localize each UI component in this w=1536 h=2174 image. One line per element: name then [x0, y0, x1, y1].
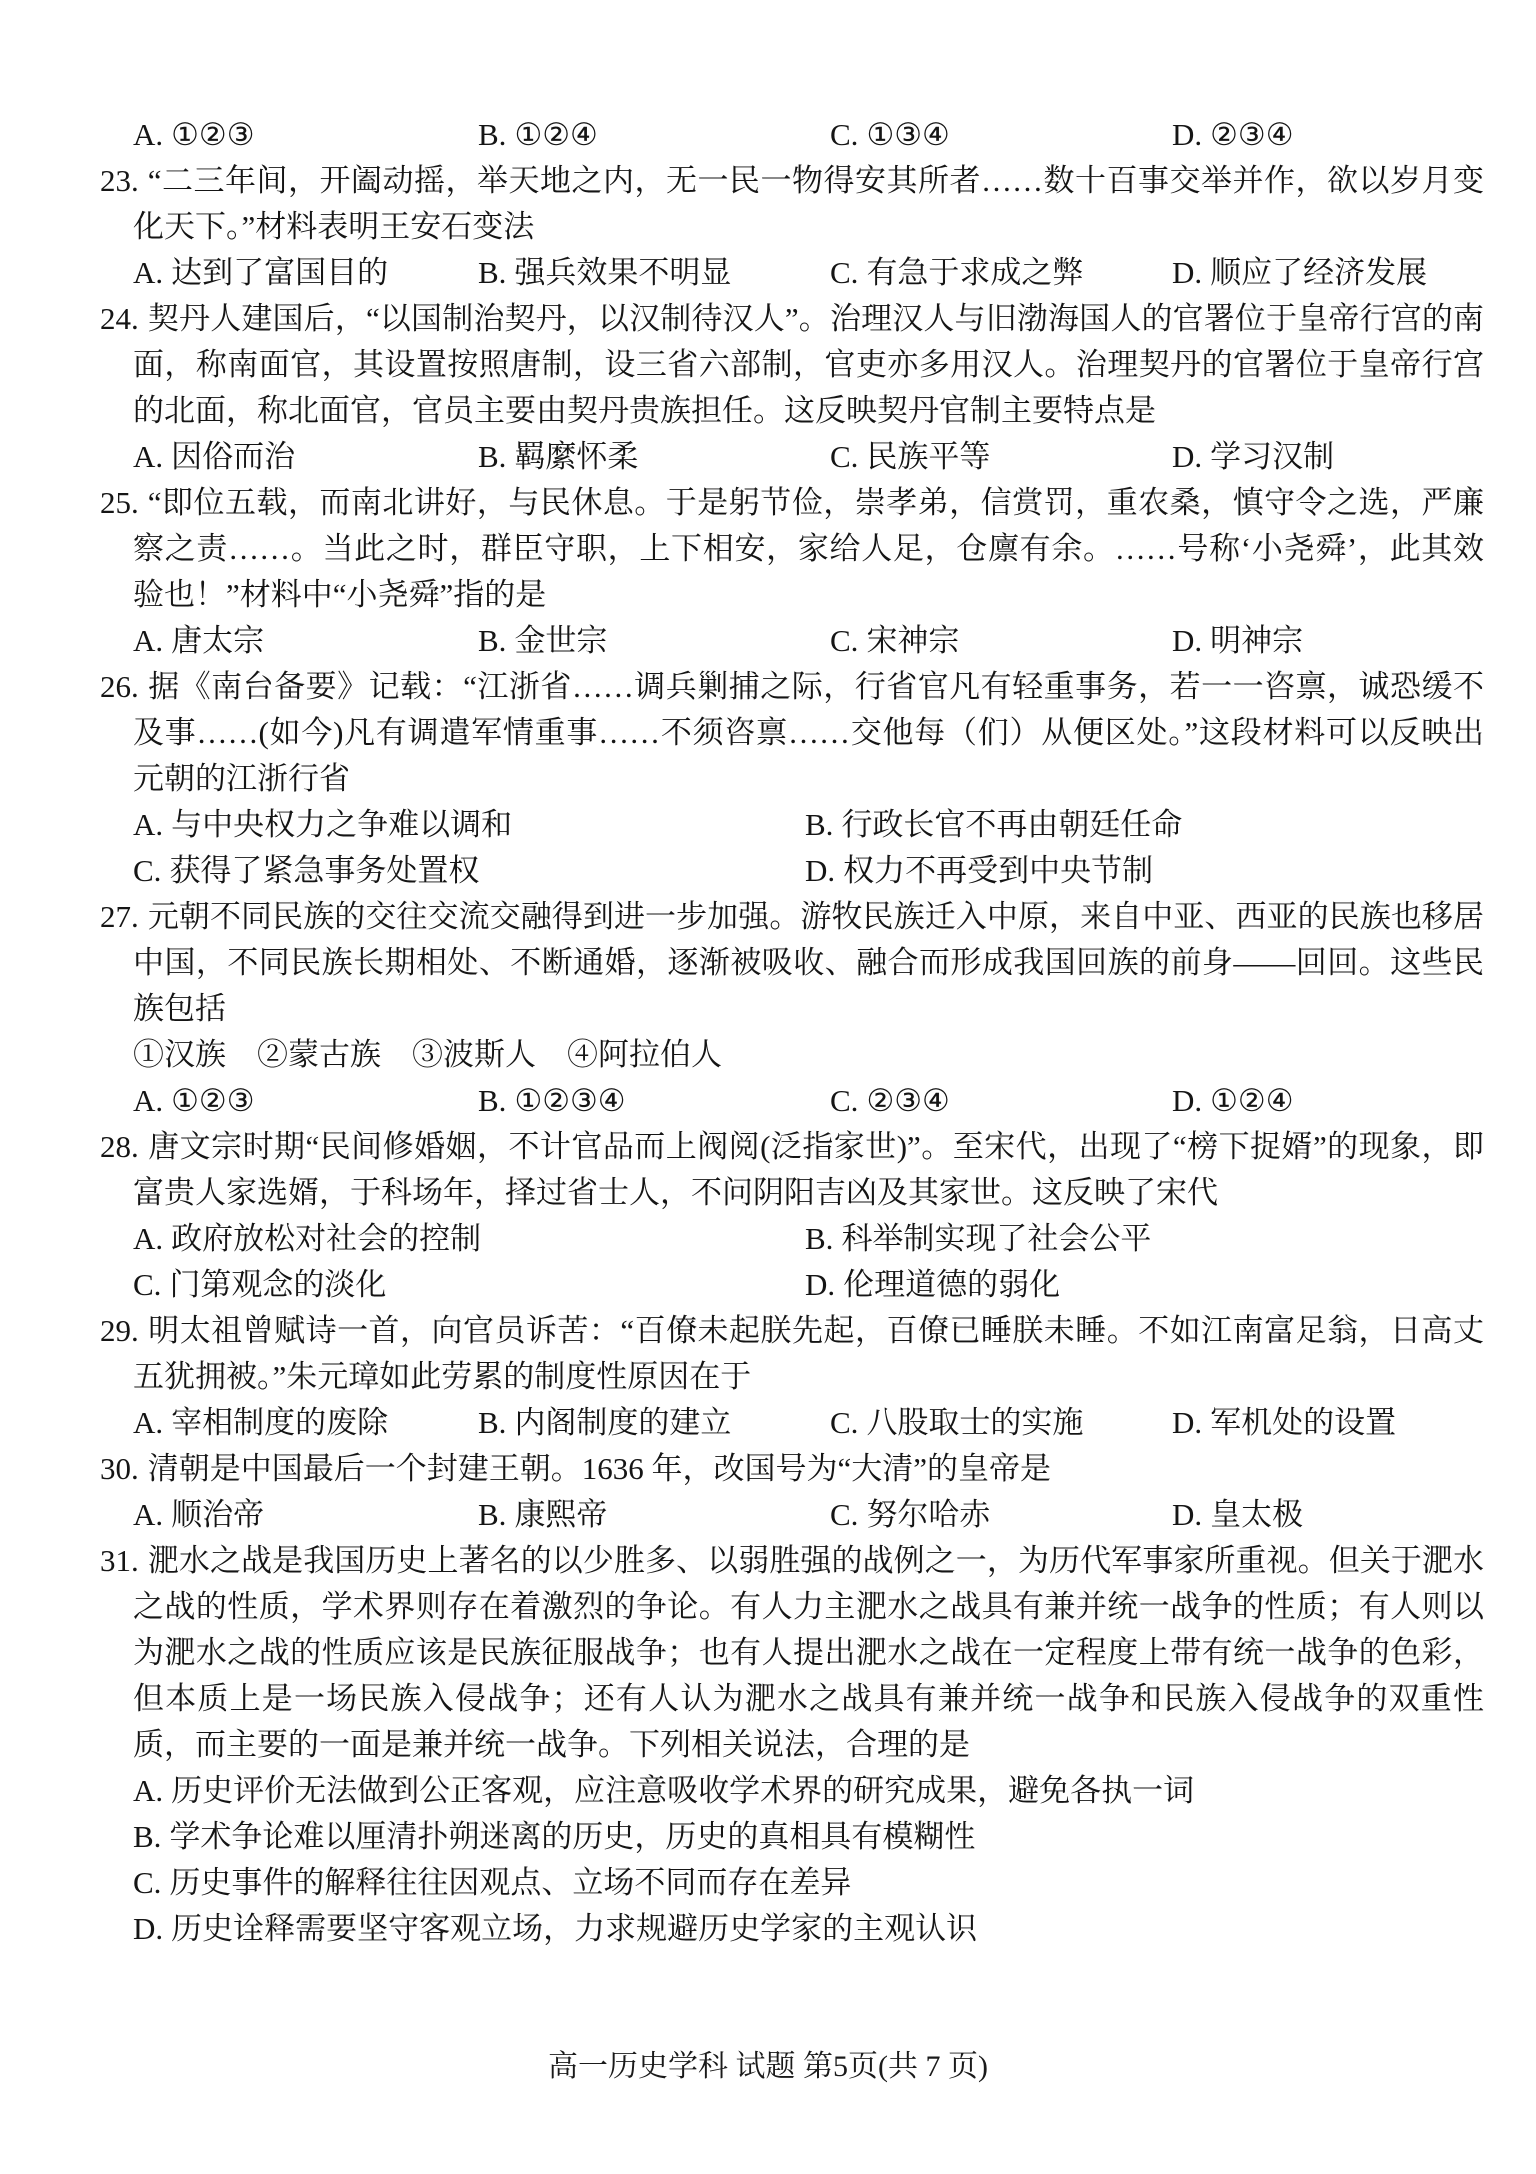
option-label: C.: [133, 1865, 161, 1900]
option-text: 内阁制度的建立: [514, 1405, 731, 1440]
option-label: A.: [133, 439, 163, 474]
option-text: 伦理道德的弱化: [843, 1267, 1060, 1302]
question-number: 27.: [100, 899, 139, 934]
question-24-option-d: D.学习汉制: [1172, 434, 1484, 480]
option-label: D.: [1172, 439, 1202, 474]
option-label: A.: [133, 1405, 163, 1440]
option-label: A.: [133, 1083, 163, 1118]
option-label: D.: [1172, 255, 1202, 290]
question-25-option-c: C.宋神宗: [830, 618, 1172, 664]
question-27-option-c: C.②③④: [830, 1078, 1172, 1124]
question-22-option-d: D.②③④: [1172, 112, 1484, 158]
option-label: C.: [133, 1267, 161, 1302]
option-text: 康熙帝: [514, 1497, 607, 1532]
question-text: 淝水之战是我国历史上著名的以少胜多、以弱胜强的战例之一，为历代军事家所重视。但关…: [133, 1543, 1484, 1762]
question-22-options-row: A.①②③ B.①②④ C.①③④ D.②③④: [100, 112, 1484, 158]
option-text: ①②④: [1210, 1083, 1293, 1118]
question-31-option-c: C.历史事件的解释往往因观点、立场不同而存在差异: [100, 1860, 1484, 1906]
option-text: 历史事件的解释往往因观点、立场不同而存在差异: [169, 1865, 851, 1900]
option-label: B.: [805, 1221, 833, 1256]
question-24-stem: 24.契丹人建国后，“以国制治契丹，以汉制待汉人”。治理汉人与旧渤海国人的官署位…: [100, 296, 1484, 434]
question-25-option-d: D.明神宗: [1172, 618, 1484, 664]
option-label: D.: [1172, 1405, 1202, 1440]
option-text: 民族平等: [866, 439, 990, 474]
option-text: 强兵效果不明显: [514, 255, 731, 290]
question-27-options-row: A.①②③ B.①②③④ C.②③④ D.①②④: [100, 1078, 1484, 1124]
option-label: A.: [133, 623, 163, 658]
question-28-option-b: B.科举制实现了社会公平: [805, 1216, 1484, 1262]
question-28-stem: 28.唐文宗时期“民间修婚姻，不计官品而上阀阅(泛指家世)”。至宋代，出现了“榜…: [100, 1124, 1484, 1216]
option-text: 军机处的设置: [1210, 1405, 1396, 1440]
option-label: A.: [133, 1497, 163, 1532]
question-31-option-b: B.学术争论难以厘清扑朔迷离的历史，历史的真相具有模糊性: [100, 1814, 1484, 1860]
question-30-options-row: A.顺治帝 B.康熙帝 C.努尔哈赤 D.皇太极: [100, 1492, 1484, 1538]
option-label: C.: [830, 1083, 858, 1118]
option-text: 行政长官不再由朝廷任命: [841, 807, 1182, 842]
question-26: 26.据《南台备要》记载：“江浙省……调兵剿捕之际，行省官凡有轻重事务，若一一咨…: [100, 664, 1484, 894]
option-text: 科举制实现了社会公平: [841, 1221, 1151, 1256]
question-29-option-a: A.宰相制度的废除: [133, 1400, 478, 1446]
question-28-options-grid: A.政府放松对社会的控制 B.科举制实现了社会公平 C.门第观念的淡化 D.伦理…: [100, 1216, 1484, 1308]
option-label: C.: [830, 255, 858, 290]
question-29: 29.明太祖曾赋诗一首，向官员诉苦：“百僚未起朕先起，百僚已睡朕未睡。不如江南富…: [100, 1308, 1484, 1446]
question-29-option-c: C.八股取士的实施: [830, 1400, 1172, 1446]
question-26-option-c: C.获得了紧急事务处置权: [133, 848, 805, 894]
option-label: A.: [133, 1221, 163, 1256]
option-label: C.: [830, 439, 858, 474]
option-text: 历史评价无法做到公正客观，应注意吸收学术界的研究成果，避免各执一词: [171, 1773, 1194, 1808]
question-24-option-b: B.羁縻怀柔: [478, 434, 830, 480]
question-31: 31.淝水之战是我国历史上著名的以少胜多、以弱胜强的战例之一，为历代军事家所重视…: [100, 1538, 1484, 1952]
option-label: B.: [805, 807, 833, 842]
option-text: ②③④: [1210, 117, 1293, 152]
question-29-stem: 29.明太祖曾赋诗一首，向官员诉苦：“百僚未起朕先起，百僚已睡朕未睡。不如江南富…: [100, 1308, 1484, 1400]
option-text: 因俗而治: [171, 439, 295, 474]
question-27: 27.元朝不同民族的交往交流交融得到进一步加强。游牧民族迁入中原，来自中亚、西亚…: [100, 894, 1484, 1124]
question-29-option-d: D.军机处的设置: [1172, 1400, 1484, 1446]
page-footer: 高一历史学科 试题 第5页(共 7 页): [0, 2044, 1536, 2090]
option-label: C.: [830, 1405, 858, 1440]
option-label: D.: [1172, 1497, 1202, 1532]
option-label: A.: [133, 255, 163, 290]
question-25: 25.“即位五载，而南北讲好，与民休息。于是躬节俭，崇孝弟，信赏罚，重农桑，慎守…: [100, 480, 1484, 664]
question-25-options-row: A.唐太宗 B.金世宗 C.宋神宗 D.明神宗: [100, 618, 1484, 664]
option-text: 历史诠释需要坚守客观立场，力求规避历史学家的主观认识: [171, 1911, 977, 1946]
question-number: 30.: [100, 1451, 139, 1486]
question-30-option-b: B.康熙帝: [478, 1492, 830, 1538]
question-26-options-grid: A.与中央权力之争难以调和 B.行政长官不再由朝廷任命 C.获得了紧急事务处置权…: [100, 802, 1484, 894]
option-text: 八股取士的实施: [866, 1405, 1083, 1440]
question-22-option-b: B.①②④: [478, 112, 830, 158]
option-label: A.: [133, 117, 163, 152]
question-30: 30.清朝是中国最后一个封建王朝。1636 年，改国号为“大清”的皇帝是 A.顺…: [100, 1446, 1484, 1538]
question-25-stem: 25.“即位五载，而南北讲好，与民休息。于是躬节俭，崇孝弟，信赏罚，重农桑，慎守…: [100, 480, 1484, 618]
option-label: C.: [133, 853, 161, 888]
option-label: B.: [478, 1083, 506, 1118]
option-text: 权力不再受到中央节制: [843, 853, 1153, 888]
option-label: B.: [478, 1405, 506, 1440]
question-25-option-b: B.金世宗: [478, 618, 830, 664]
option-text: 羁縻怀柔: [514, 439, 638, 474]
option-text: ①②③: [171, 1083, 254, 1118]
option-label: B.: [478, 255, 506, 290]
option-text: 顺治帝: [171, 1497, 264, 1532]
question-text: 清朝是中国最后一个封建王朝。1636 年，改国号为“大清”的皇帝是: [148, 1451, 1051, 1486]
option-text: ①③④: [866, 117, 949, 152]
option-text: 唐太宗: [171, 623, 264, 658]
option-text: 政府放松对社会的控制: [171, 1221, 481, 1256]
question-text: “即位五载，而南北讲好，与民休息。于是躬节俭，崇孝弟，信赏罚，重农桑，慎守令之选…: [133, 485, 1484, 612]
question-number: 23.: [100, 163, 139, 198]
option-text: ①②③: [171, 117, 254, 152]
option-label: A.: [133, 1773, 163, 1808]
question-27-option-b: B.①②③④: [478, 1078, 830, 1124]
option-text: 学术争论难以厘清扑朔迷离的历史，历史的真相具有模糊性: [169, 1819, 975, 1854]
exam-content: A.①②③ B.①②④ C.①③④ D.②③④ 23.“二三年间，开阖动摇，举天…: [100, 112, 1484, 1952]
option-label: C.: [830, 623, 858, 658]
question-25-option-a: A.唐太宗: [133, 618, 478, 664]
option-text: 宋神宗: [866, 623, 959, 658]
question-22-option-c: C.①③④: [830, 112, 1172, 158]
question-number: 24.: [100, 301, 139, 336]
option-label: D.: [805, 1267, 835, 1302]
question-22-option-a: A.①②③: [133, 112, 478, 158]
question-26-option-a: A.与中央权力之争难以调和: [133, 802, 805, 848]
option-label: D.: [133, 1911, 163, 1946]
question-27-option-d: D.①②④: [1172, 1078, 1484, 1124]
question-28-option-a: A.政府放松对社会的控制: [133, 1216, 805, 1262]
question-number: 28.: [100, 1129, 139, 1164]
question-26-option-d: D.权力不再受到中央节制: [805, 848, 1484, 894]
option-label: C.: [830, 1497, 858, 1532]
option-label: D.: [1172, 623, 1202, 658]
question-26-option-b: B.行政长官不再由朝廷任命: [805, 802, 1484, 848]
question-28-option-c: C.门第观念的淡化: [133, 1262, 805, 1308]
option-text: ①②③④: [514, 1083, 625, 1118]
question-28-option-d: D.伦理道德的弱化: [805, 1262, 1484, 1308]
question-24-option-a: A.因俗而治: [133, 434, 478, 480]
question-number: 29.: [100, 1313, 139, 1348]
option-text: 皇太极: [1210, 1497, 1303, 1532]
exam-page: A.①②③ B.①②④ C.①③④ D.②③④ 23.“二三年间，开阖动摇，举天…: [0, 0, 1536, 2174]
question-text: 契丹人建国后，“以国制治契丹，以汉制待汉人”。治理汉人与旧渤海国人的官署位于皇帝…: [133, 301, 1484, 428]
question-23-option-c: C.有急于求成之弊: [830, 250, 1172, 296]
question-27-stem: 27.元朝不同民族的交往交流交融得到进一步加强。游牧民族迁入中原，来自中亚、西亚…: [100, 894, 1484, 1032]
option-label: B.: [478, 117, 506, 152]
option-text: 明神宗: [1210, 623, 1303, 658]
question-24-option-c: C.民族平等: [830, 434, 1172, 480]
question-24: 24.契丹人建国后，“以国制治契丹，以汉制待汉人”。治理汉人与旧渤海国人的官署位…: [100, 296, 1484, 480]
question-text: 据《南台备要》记载：“江浙省……调兵剿捕之际，行省官凡有轻重事务，若一一咨禀，诚…: [133, 669, 1484, 796]
question-30-option-a: A.顺治帝: [133, 1492, 478, 1538]
question-23-option-b: B.强兵效果不明显: [478, 250, 830, 296]
question-24-options-row: A.因俗而治 B.羁縻怀柔 C.民族平等 D.学习汉制: [100, 434, 1484, 480]
option-text: ②③④: [866, 1083, 949, 1118]
option-label: D.: [1172, 117, 1202, 152]
question-23-stem: 23.“二三年间，开阖动摇，举天地之内，无一民一物得安其所者……数十百事交举并作…: [100, 158, 1484, 250]
question-26-stem: 26.据《南台备要》记载：“江浙省……调兵剿捕之际，行省官凡有轻重事务，若一一咨…: [100, 664, 1484, 802]
question-text: “二三年间，开阖动摇，举天地之内，无一民一物得安其所者……数十百事交举并作，欲以…: [133, 163, 1484, 244]
option-text: 金世宗: [514, 623, 607, 658]
question-28: 28.唐文宗时期“民间修婚姻，不计官品而上阀阅(泛指家世)”。至宋代，出现了“榜…: [100, 1124, 1484, 1308]
question-29-options-row: A.宰相制度的废除 B.内阁制度的建立 C.八股取士的实施 D.军机处的设置: [100, 1400, 1484, 1446]
question-30-option-c: C.努尔哈赤: [830, 1492, 1172, 1538]
question-27-item-list: ①汉族 ②蒙古族 ③波斯人 ④阿拉伯人: [100, 1032, 1484, 1078]
option-text: ①②④: [514, 117, 597, 152]
option-label: A.: [133, 807, 163, 842]
question-23-options-row: A.达到了富国目的 B.强兵效果不明显 C.有急于求成之弊 D.顺应了经济发展: [100, 250, 1484, 296]
question-30-stem: 30.清朝是中国最后一个封建王朝。1636 年，改国号为“大清”的皇帝是: [100, 1446, 1484, 1492]
option-label: B.: [478, 623, 506, 658]
question-number: 26.: [100, 669, 139, 704]
option-text: 有急于求成之弊: [866, 255, 1083, 290]
option-text: 达到了富国目的: [171, 255, 388, 290]
option-text: 门第观念的淡化: [169, 1267, 386, 1302]
question-number: 31.: [100, 1543, 139, 1578]
option-label: D.: [805, 853, 835, 888]
question-27-option-a: A.①②③: [133, 1078, 478, 1124]
question-23-option-d: D.顺应了经济发展: [1172, 250, 1484, 296]
option-label: B.: [478, 1497, 506, 1532]
option-label: D.: [1172, 1083, 1202, 1118]
option-text: 顺应了经济发展: [1210, 255, 1427, 290]
question-number: 25.: [100, 485, 139, 520]
option-text: 获得了紧急事务处置权: [169, 853, 479, 888]
option-text: 宰相制度的废除: [171, 1405, 388, 1440]
question-text: 唐文宗时期“民间修婚姻，不计官品而上阀阅(泛指家世)”。至宋代，出现了“榜下捉婿…: [133, 1129, 1484, 1210]
question-30-option-d: D.皇太极: [1172, 1492, 1484, 1538]
question-31-stem: 31.淝水之战是我国历史上著名的以少胜多、以弱胜强的战例之一，为历代军事家所重视…: [100, 1538, 1484, 1768]
option-label: B.: [133, 1819, 161, 1854]
option-text: 努尔哈赤: [866, 1497, 990, 1532]
option-label: C.: [830, 117, 858, 152]
question-29-option-b: B.内阁制度的建立: [478, 1400, 830, 1446]
question-23: 23.“二三年间，开阖动摇，举天地之内，无一民一物得安其所者……数十百事交举并作…: [100, 158, 1484, 296]
question-31-option-d: D.历史诠释需要坚守客观立场，力求规避历史学家的主观认识: [100, 1906, 1484, 1952]
question-31-option-a: A.历史评价无法做到公正客观，应注意吸收学术界的研究成果，避免各执一词: [100, 1768, 1484, 1814]
option-text: 学习汉制: [1210, 439, 1334, 474]
option-label: B.: [478, 439, 506, 474]
option-text: 与中央权力之争难以调和: [171, 807, 512, 842]
question-text: 元朝不同民族的交往交流交融得到进一步加强。游牧民族迁入中原，来自中亚、西亚的民族…: [133, 899, 1484, 1026]
question-23-option-a: A.达到了富国目的: [133, 250, 478, 296]
question-text: 明太祖曾赋诗一首，向官员诉苦：“百僚未起朕先起，百僚已睡朕未睡。不如江南富足翁，…: [133, 1313, 1484, 1394]
